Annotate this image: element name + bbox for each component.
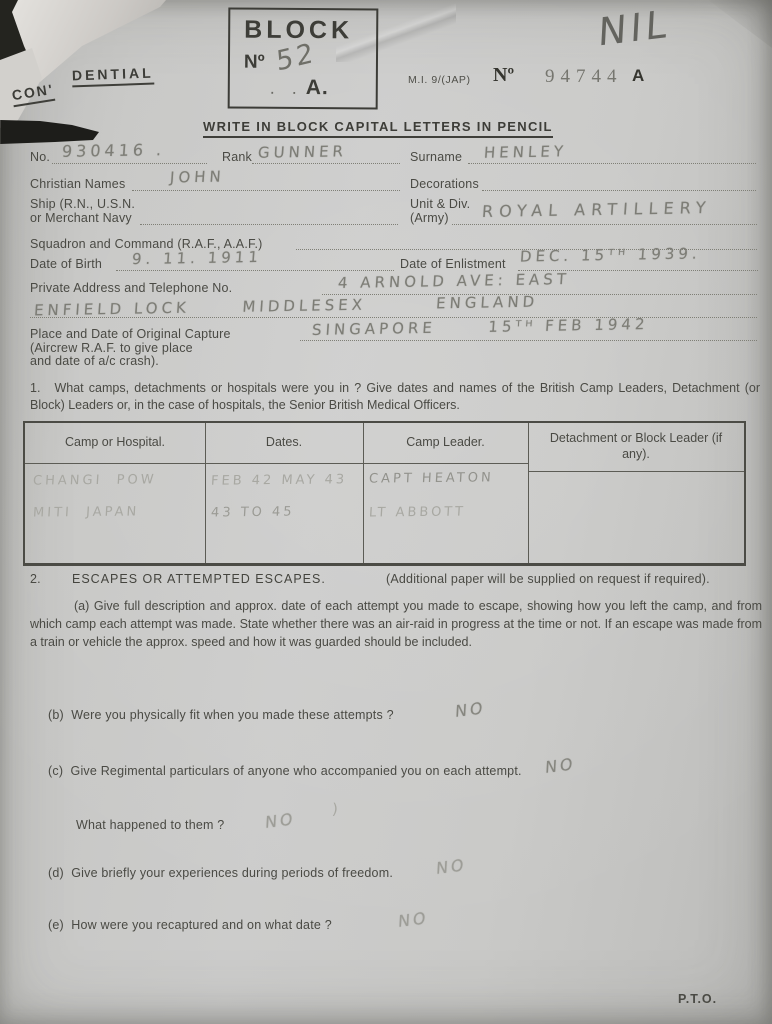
field-christian-names-label: Christian Names xyxy=(30,177,125,191)
scanned-form-page: DENTIAL CON' BLOCK Nº 52 . . A. NIL M.I.… xyxy=(0,0,772,1024)
dotted-line xyxy=(116,270,394,271)
mi9-no-label: Nº xyxy=(493,64,514,87)
stray-pencil-mark: ) xyxy=(331,800,341,818)
field-unit-label-line1: Unit & Div. xyxy=(410,197,470,211)
block-stamp-dots: . . xyxy=(270,78,303,99)
question-2-heading: ESCAPES OR ATTEMPTED ESCAPES. xyxy=(72,572,326,586)
field-surname-value: HENLEY xyxy=(483,142,567,161)
field-rank-value: GUNNER xyxy=(257,142,347,162)
table-column-divider xyxy=(528,423,529,563)
question-2c2-answer: NO xyxy=(265,809,296,832)
field-decorations-label: Decorations xyxy=(410,177,479,191)
question-2b-label: (b) Were you physically fit when you mad… xyxy=(48,708,394,722)
field-unit-label-line2: (Army) xyxy=(410,211,449,225)
field-capture-label: Place and Date of Original Capture xyxy=(30,327,231,341)
field-enlistment-value: DEC. 15ᵀᴴ 1939. xyxy=(519,244,701,265)
field-capture-note-line1: (Aircrew R.A.F. to give place xyxy=(30,341,193,355)
table-cell-pencil: 43 TO 45 xyxy=(211,505,295,521)
table-cell-pencil: FEB 42 MAY 43 xyxy=(211,472,348,488)
camps-table: Camp or Hospital. Dates. Camp Leader. De… xyxy=(23,421,746,566)
question-1-text: 1.What camps, detachments or hospitals w… xyxy=(30,380,760,414)
table-cell-pencil: CAPT HEATON xyxy=(369,470,495,486)
table-header-dates: Dates. xyxy=(205,435,363,451)
fold-shadow-top-right xyxy=(708,0,772,48)
question-1-body: What camps, detachments or hospitals wer… xyxy=(30,381,760,412)
dotted-line xyxy=(252,163,400,164)
field-dob-label: Date of Birth xyxy=(30,257,102,271)
dotted-line xyxy=(132,190,400,191)
question-2b-answer: NO xyxy=(455,698,486,721)
question-2c2-label: What happened to them ? xyxy=(76,818,224,832)
table-header-leader: Camp Leader. xyxy=(363,435,528,451)
block-stamp-no-label: Nº xyxy=(244,52,265,74)
question-2c-answer: NO xyxy=(545,754,576,777)
pto-footer: P.T.O. xyxy=(678,992,717,1006)
question-2-number: 2. xyxy=(30,572,41,586)
block-stamp-a: A. xyxy=(306,76,329,100)
instruction-heading: WRITE IN BLOCK CAPITAL LETTERS IN PENCIL xyxy=(203,119,553,138)
dotted-line xyxy=(52,163,207,164)
table-header-camp: Camp or Hospital. xyxy=(25,435,205,451)
field-surname-label: Surname xyxy=(410,150,462,164)
question-2d-answer: NO xyxy=(436,855,467,878)
dotted-line xyxy=(140,224,398,225)
dotted-line xyxy=(482,190,756,191)
field-capture-note-line2: and date of a/c crash). xyxy=(30,354,159,368)
field-no-value: 930416 . xyxy=(61,140,166,161)
dotted-line xyxy=(468,163,756,164)
table-header-rule xyxy=(25,463,528,464)
dotted-line xyxy=(300,340,757,341)
field-address-value-line1: 4 ARNOLD AVE: EAST xyxy=(337,270,570,292)
question-1-number: 1. xyxy=(30,381,40,395)
mi9-suffix: A xyxy=(632,66,644,86)
question-2a-text: (a) Give full description and approx. da… xyxy=(30,598,762,651)
field-capture-value: SINGAPORE 15ᵀᴴ FEB 1942 xyxy=(311,315,649,339)
field-no-label: No. xyxy=(30,150,50,164)
table-header-rule xyxy=(528,471,744,472)
table-cell-pencil: MITI JAPAN xyxy=(33,504,140,520)
confidential-stamp-top: DENTIAL xyxy=(72,65,154,88)
field-address-value-line2: ENFIELD LOCK MIDDLESEX ENGLAND xyxy=(33,293,538,320)
field-enlistment-label: Date of Enlistment xyxy=(400,257,506,271)
table-cell-pencil: LT ABBOTT xyxy=(369,504,467,520)
question-2e-label: (e) How were you recaptured and on what … xyxy=(48,918,332,932)
table-cell-pencil: CHANGI POW xyxy=(33,472,157,488)
mi9-ref-label: M.I. 9/(JAP) xyxy=(408,74,471,86)
field-unit-value: ROYAL ARTILLERY xyxy=(481,198,712,221)
table-header-detachment: Detachment or Block Leader (if any). xyxy=(538,431,734,462)
field-dob-value: 9. 11. 1911 xyxy=(131,248,262,268)
field-ship-label-line1: Ship (R.N., U.S.N. xyxy=(30,197,135,211)
nil-annotation: NIL xyxy=(597,1,672,54)
question-2e-answer: NO xyxy=(398,908,429,931)
question-2-note: (Additional paper will be supplied on re… xyxy=(386,572,710,586)
dotted-line xyxy=(452,224,757,225)
field-ship-label-line2: or Merchant Navy xyxy=(30,211,132,225)
field-address-label: Private Address and Telephone No. xyxy=(30,281,232,295)
field-christian-names-value: JOHN xyxy=(169,168,225,187)
field-rank-label: Rank xyxy=(222,150,252,164)
question-2c-label: (c) Give Regimental particulars of anyon… xyxy=(48,764,522,778)
question-2d-label: (d) Give briefly your experiences during… xyxy=(48,866,393,880)
block-stamp-box: BLOCK Nº 52 . . A. xyxy=(228,7,379,109)
mi9-number-stamp: 94744 xyxy=(545,66,623,88)
